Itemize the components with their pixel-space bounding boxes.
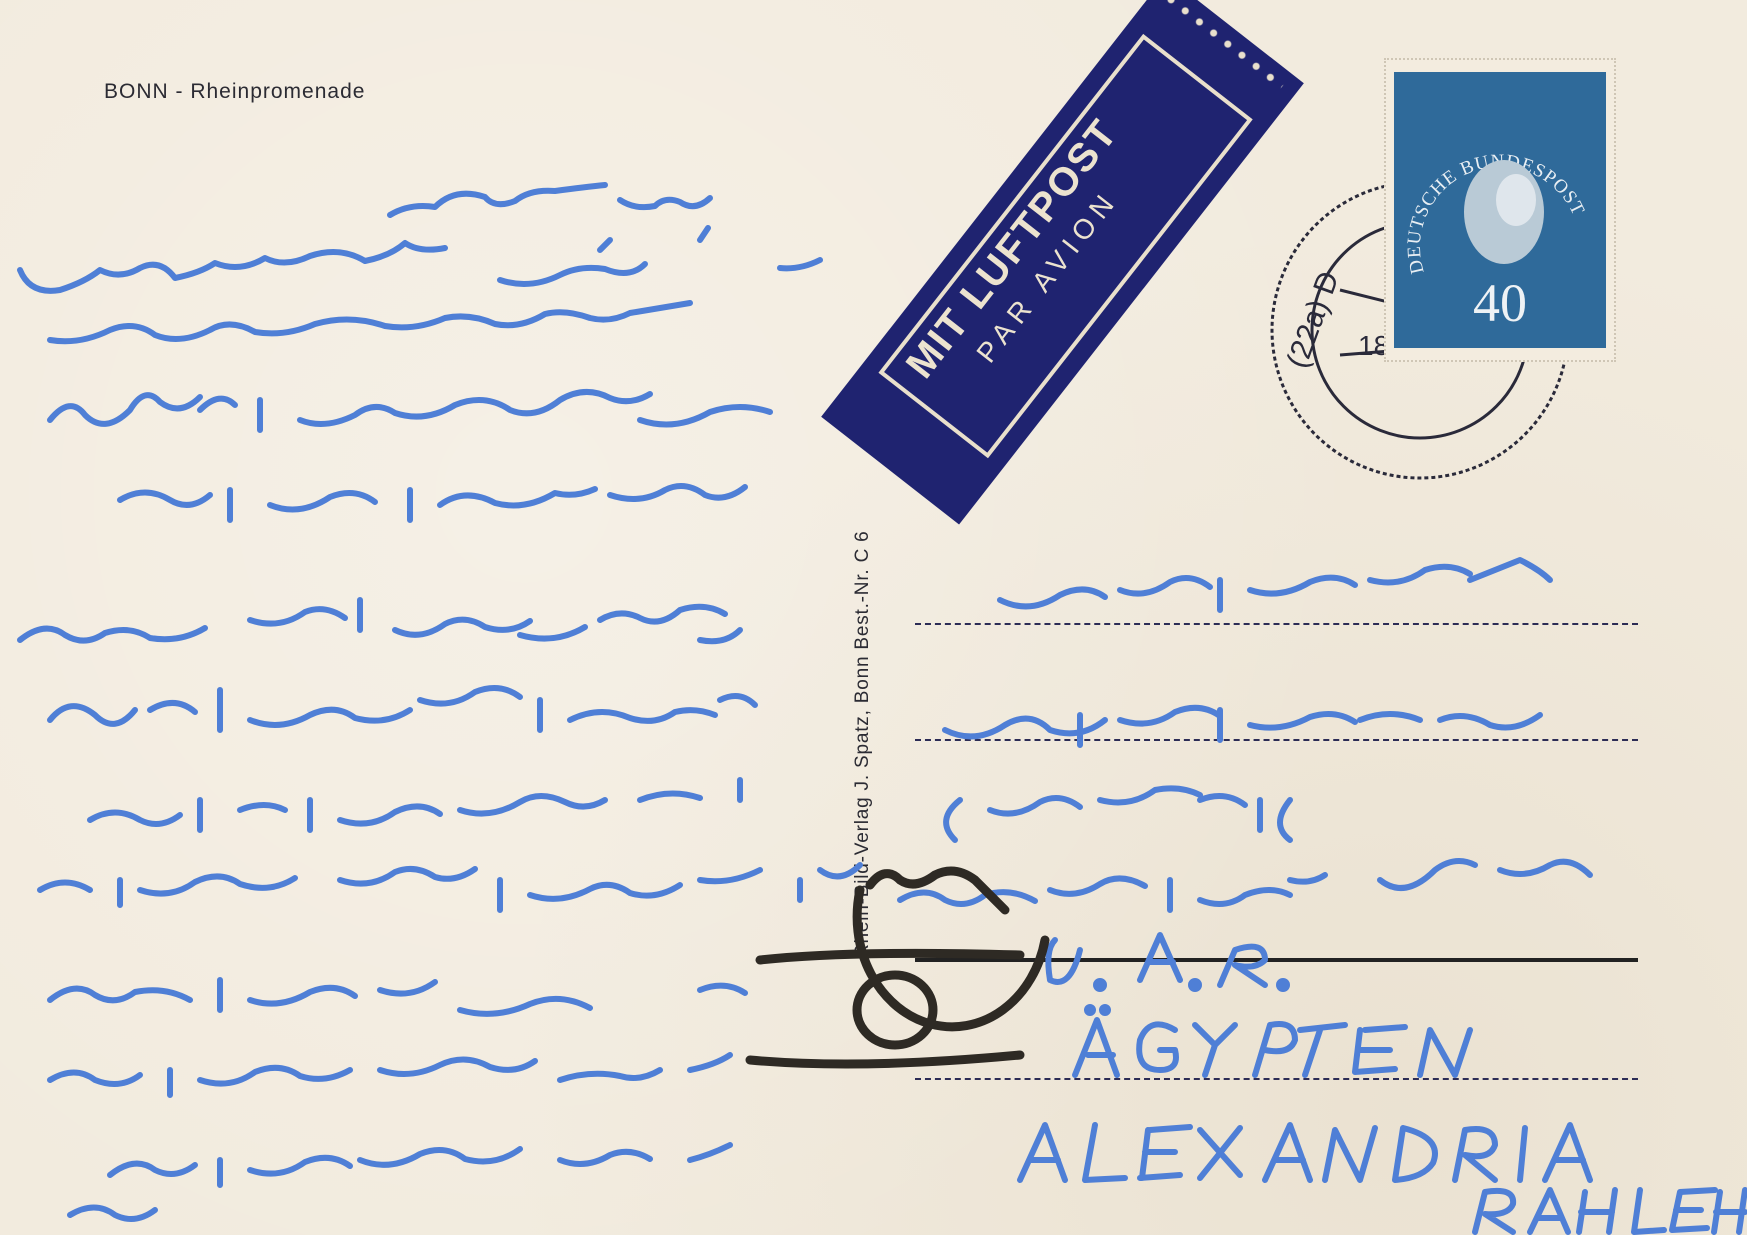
postmark-text: (22a) D — [1281, 267, 1346, 372]
postage-stamp: DEUTSCHE BUNDESPOST 40 — [1384, 58, 1616, 362]
postcard: BONN - Rheinpromenade Rhein-Bild-Verlag … — [0, 0, 1747, 1235]
stamp-value: 40 — [1394, 272, 1606, 334]
